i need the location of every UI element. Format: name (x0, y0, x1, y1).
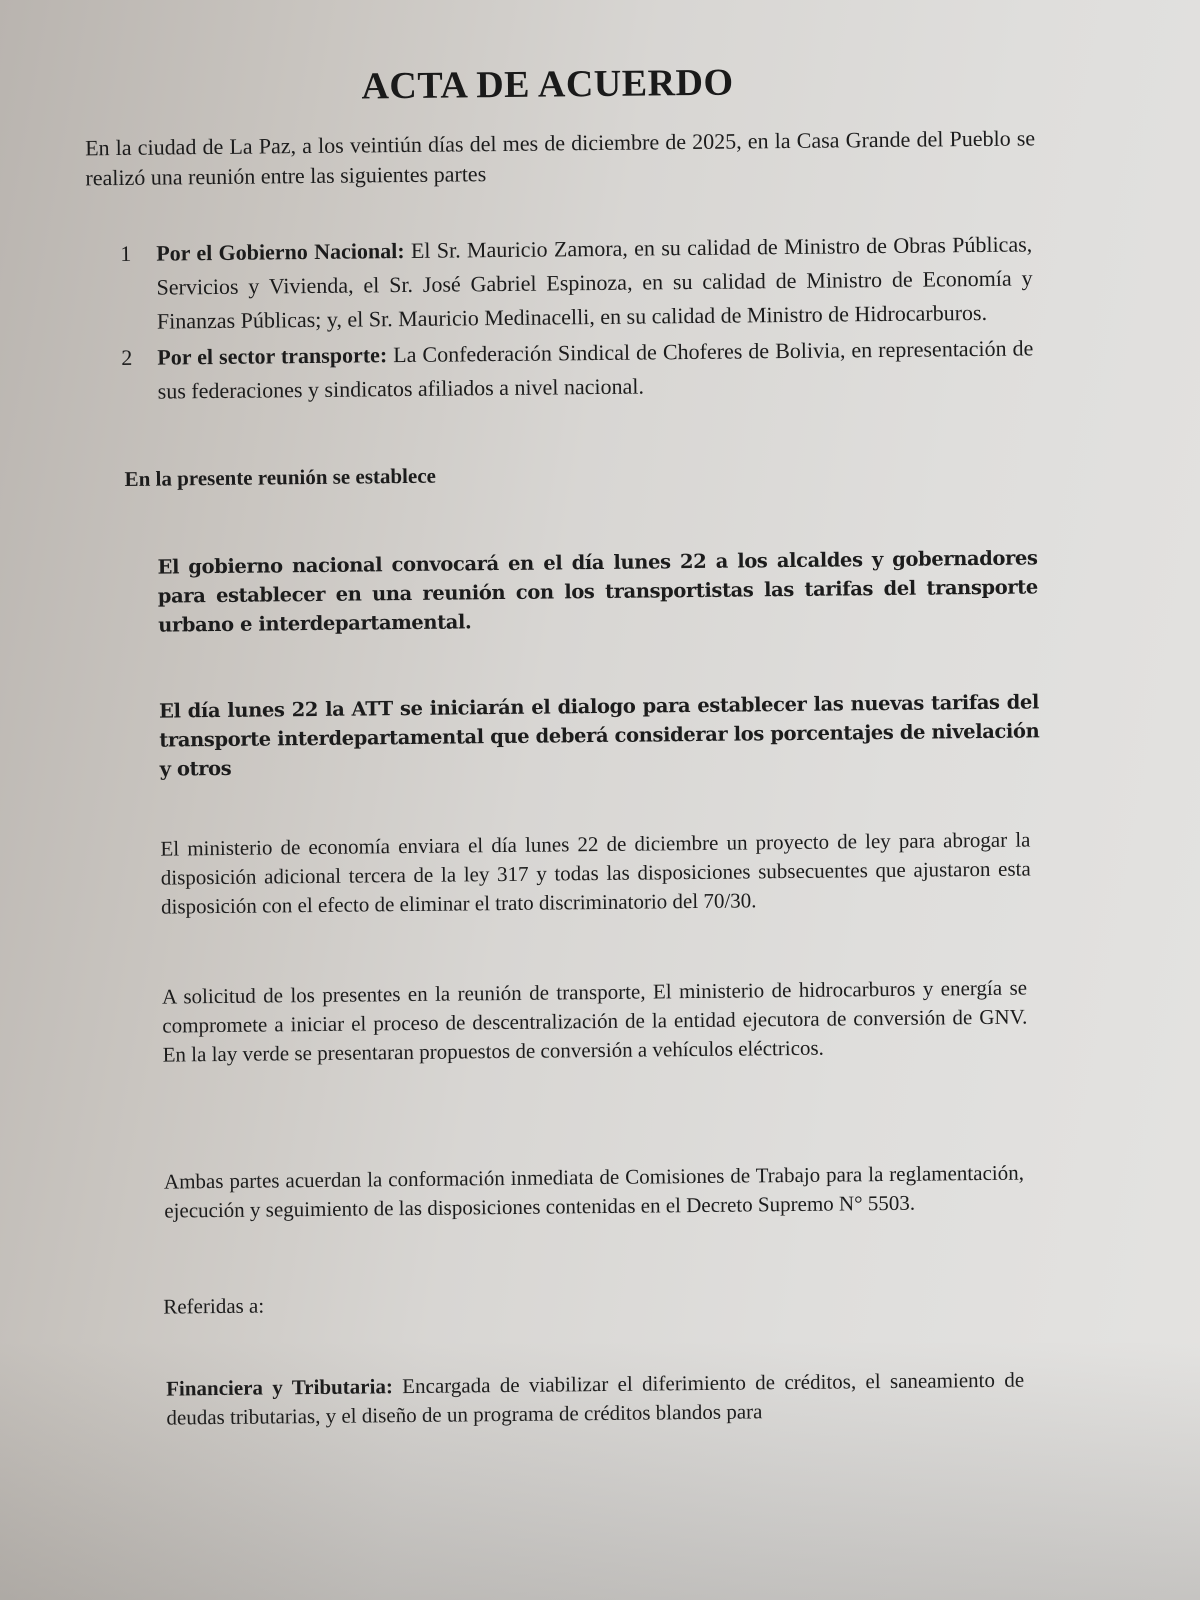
agreement-paragraph: A solicitud de los presentes en la reuni… (162, 974, 1028, 1070)
commission-label: Financiera y Tributaria: (166, 1374, 393, 1400)
party-item: 2 Por el sector transporte: La Confedera… (121, 331, 1034, 409)
document-page: ACTA DE ACUERDO En la ciudad de La Paz, … (0, 0, 1200, 1600)
intro-paragraph: En la ciudad de La Paz, a los veintiún d… (85, 123, 1036, 193)
agreement-paragraph: Ambas partes acuerdan la conformación in… (164, 1159, 1025, 1226)
agreement-paragraph: El día lunes 22 la ATT se iniciarán el d… (159, 687, 1040, 783)
agreement-paragraph: El gobierno nacional convocará en el día… (157, 543, 1038, 639)
agreement-paragraph: El ministerio de economía enviara el día… (160, 825, 1031, 921)
party-label: Por el sector transporte: (157, 342, 387, 369)
party-number: 2 (121, 341, 132, 375)
party-label: Por el Gobierno Nacional: (156, 238, 405, 266)
parties-list: 1 Por el Gobierno Nacional: El Sr. Mauri… (120, 227, 1034, 411)
document-title: ACTA DE ACUERDO (0, 57, 1103, 113)
party-item: 1 Por el Gobierno Nacional: El Sr. Mauri… (120, 227, 1033, 339)
commission-paragraph: Financiera y Tributaria: Encargada de vi… (166, 1366, 1025, 1433)
referidas-label: Referidas a: (163, 1294, 264, 1320)
section-heading: En la presente reunión se establece (124, 464, 436, 492)
party-number: 1 (120, 237, 131, 271)
